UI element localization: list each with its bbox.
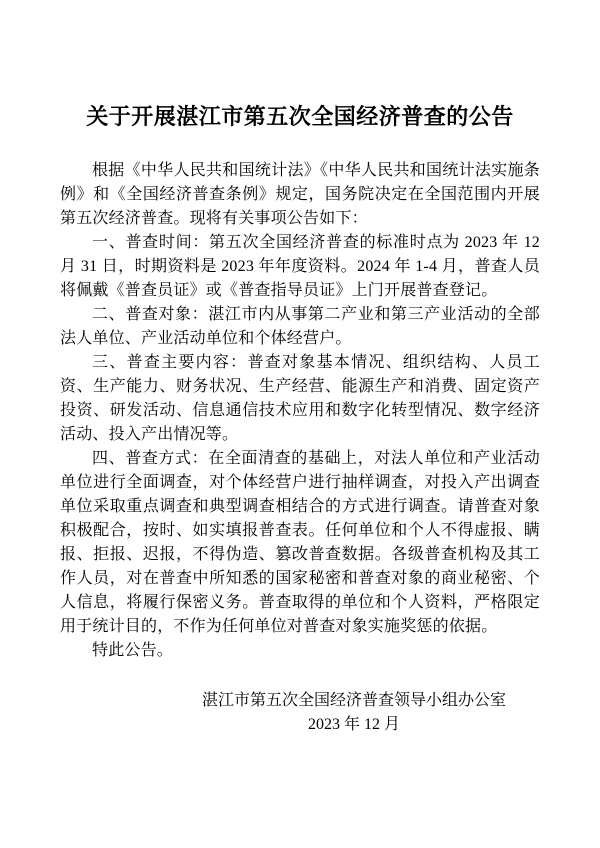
signature-date: 2023 年 12 月 <box>202 713 506 737</box>
paragraph-census-method: 四、普查方式：在全面清查的基础上，对法人单位和产业活动单位进行全面调查，对个体经… <box>60 447 540 639</box>
document-title: 关于开展湛江市第五次全国经济普查的公告 <box>60 0 540 133</box>
paragraph-census-time: 一、普查时间：第五次全国经济普查的标准时点为 2023 年 12 月 31 日，… <box>60 231 540 303</box>
paragraph-intro: 根据《中华人民共和国统计法》《中华人民共和国统计法实施条例》和《全国经济普查条例… <box>60 159 540 231</box>
signature-block: 湛江市第五次全国经济普查领导小组办公室 2023 年 12 月 <box>202 689 506 737</box>
paragraph-census-objects: 二、普查对象：湛江市内从事第二产业和第三产业活动的全部法人单位、产业活动单位和个… <box>60 303 540 351</box>
paragraph-census-content: 三、普查主要内容：普查对象基本情况、组织结构、人员工资、生产能力、财务状况、生产… <box>60 351 540 447</box>
signature-organization: 湛江市第五次全国经济普查领导小组办公室 <box>202 689 506 713</box>
document-page: 关于开展湛江市第五次全国经济普查的公告 根据《中华人民共和国统计法》《中华人民共… <box>0 0 600 848</box>
document-body: 根据《中华人民共和国统计法》《中华人民共和国统计法实施条例》和《全国经济普查条例… <box>60 159 540 663</box>
paragraph-closing: 特此公告。 <box>60 639 540 663</box>
